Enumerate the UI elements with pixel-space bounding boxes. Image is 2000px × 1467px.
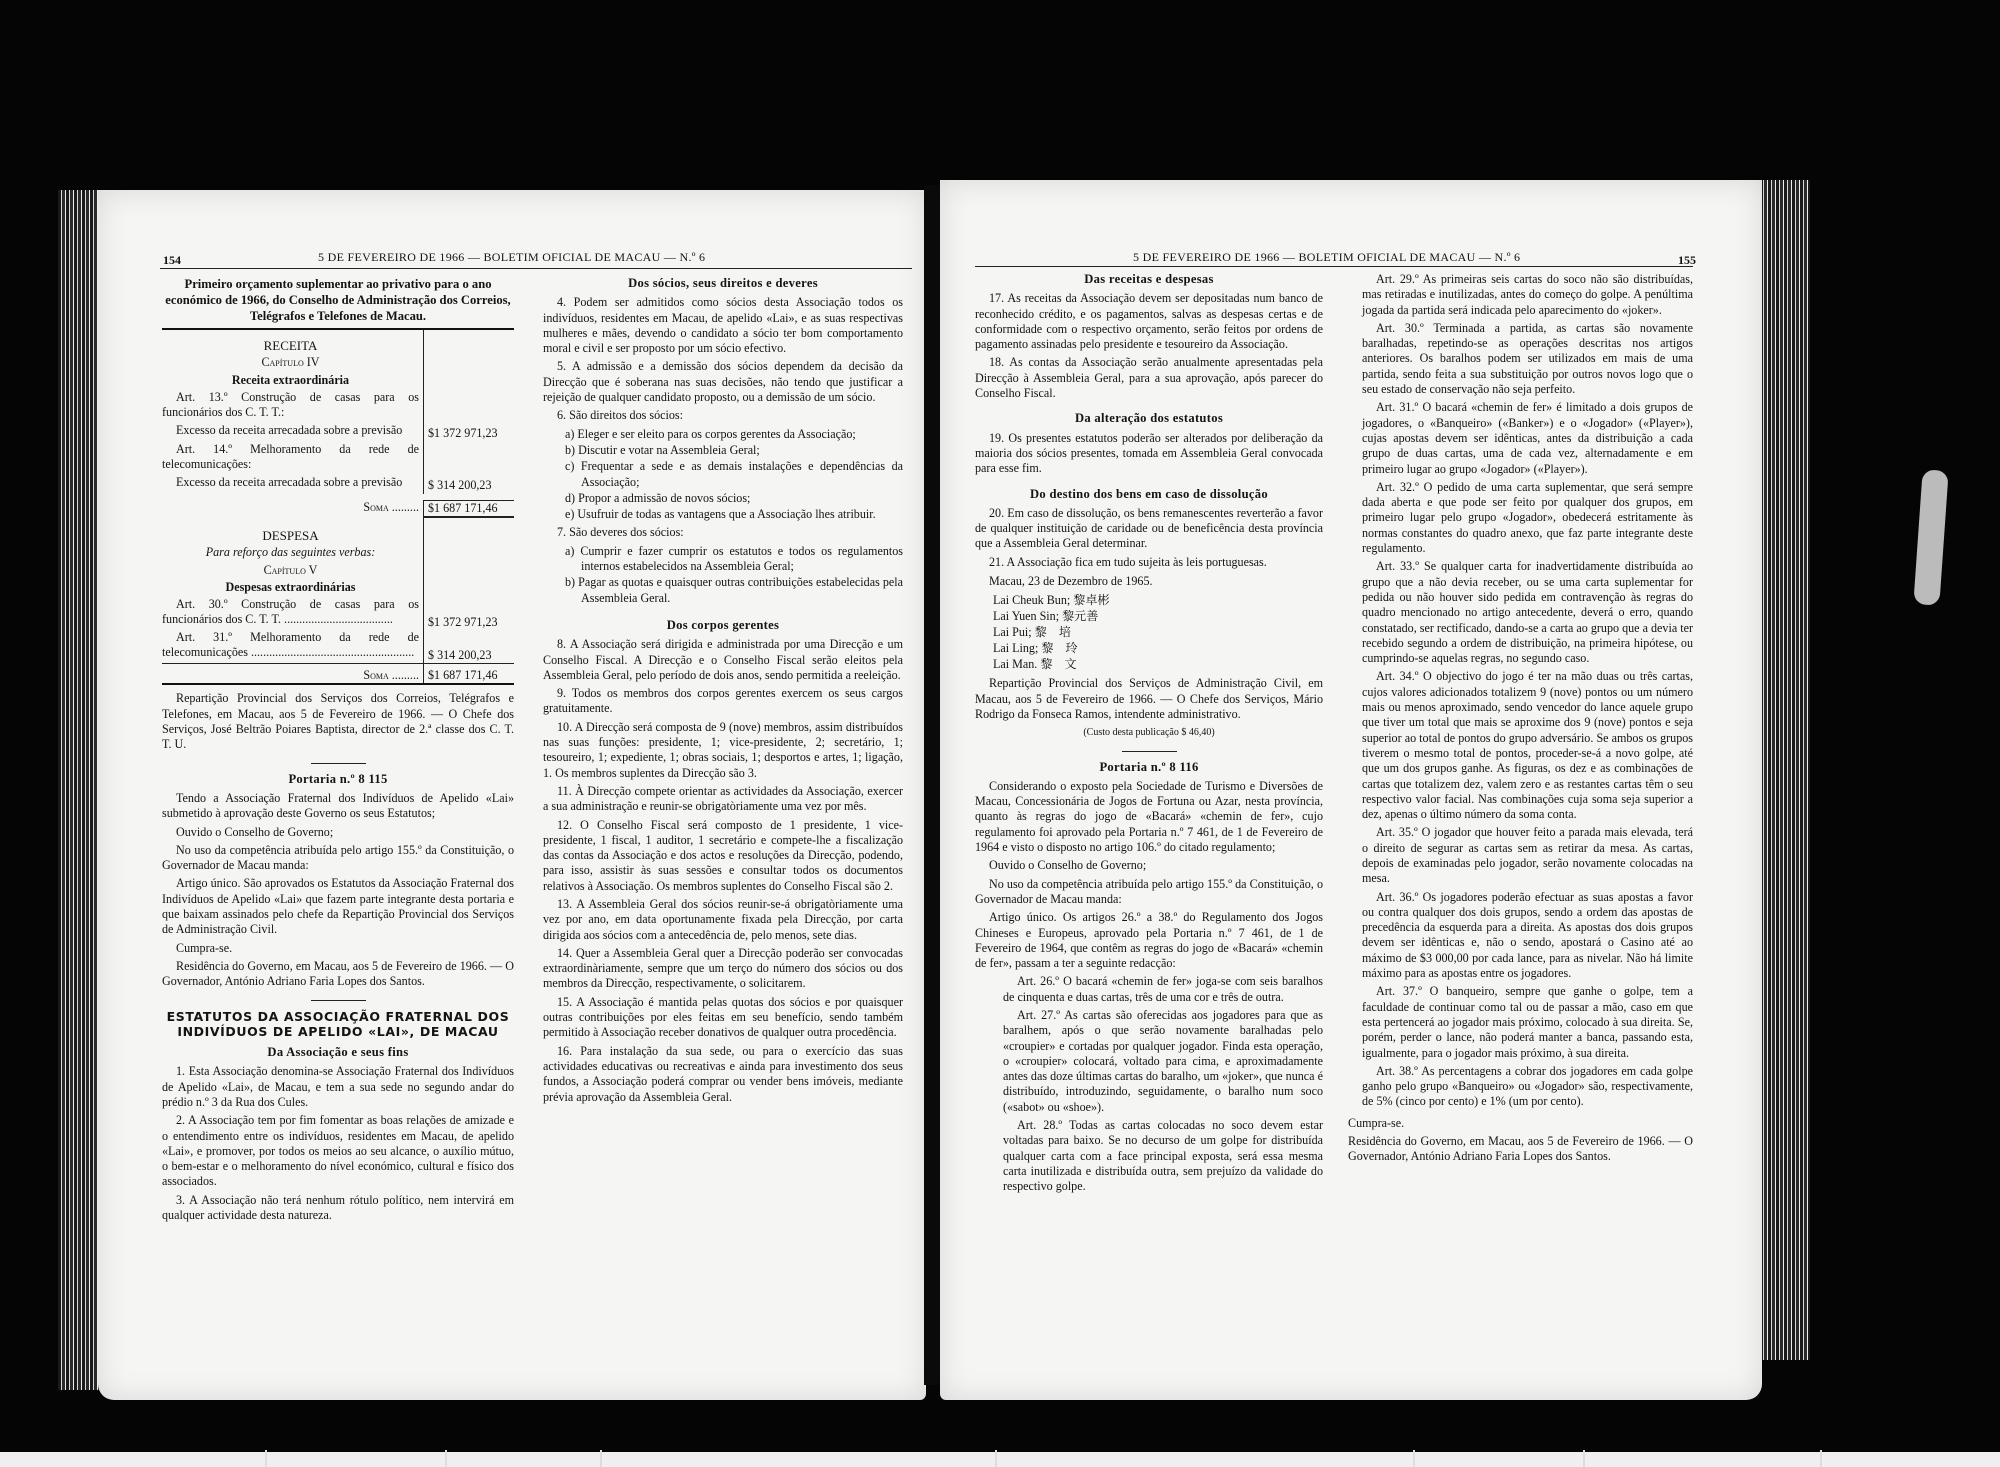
portaria-8115-paragraph: No uso da competência atribuída pelo art… [162, 843, 514, 874]
statute-paragraph: 2. A Associação tem por fim fomentar as … [162, 1113, 514, 1189]
left-column-1: Primeiro orçamento suplementar ao privat… [162, 276, 514, 1226]
ruler-tick [1583, 1450, 1585, 1467]
regulation-article: Art. 36.º Os jogadores poderão efectuar … [1348, 890, 1693, 982]
portaria-8116-title: Portaria n.º 8 116 [975, 760, 1323, 775]
portaria-8115-paragraph: Artigo único. São aprovados os Estatutos… [162, 876, 514, 937]
regulation-article: Art. 34.º O objectivo do jogo é ter na m… [1348, 669, 1693, 822]
portaria-8116-paragraph: Artigo único. Os artigos 26.º a 38.º do … [975, 910, 1323, 971]
governor-signature: Residência do Governo, em Macau, aos 5 d… [1348, 1134, 1693, 1165]
portaria-8115-paragraph: Ouvido o Conselho de Governo; [162, 825, 514, 840]
portaria-8116-paragraph: No uso da competência atribuída pelo art… [975, 877, 1323, 908]
statute-paragraph: 9. Todos os membros dos corpos gerentes … [543, 686, 903, 717]
statute-paragraph: 12. O Conselho Fiscal será composto de 1… [543, 818, 903, 894]
receita-row-amount: $1 372 971,23 [423, 423, 514, 441]
despesa-row-amount: $ 314 200,23 [423, 630, 514, 663]
statute-paragraph: 4. Podem ser admitidos como sócios desta… [543, 295, 903, 356]
ruler-tick [445, 1450, 447, 1467]
running-head-left: 5 DE FEVEREIRO DE 1966 — BOLETIM OFICIAL… [318, 250, 705, 265]
statute-paragraph: 5. A admissão e a demissão dos sócios de… [543, 359, 903, 405]
portaria-8116-paragraph: Considerando o exposto pela Sociedade de… [975, 779, 1323, 855]
section-dissolucao-title: Do destino dos bens em caso de dissoluçã… [975, 487, 1323, 502]
statute-paragraph: 10. A Direcção será composta de 9 (nove)… [543, 720, 903, 781]
scan-glare [1913, 469, 1948, 605]
signatory: Lai Yuen Sin; 黎元善 [993, 608, 1323, 624]
despesa-note: Para reforço das seguintes verbas: [162, 545, 419, 560]
regulation-article: Art. 38.º As percentagens a cobrar dos j… [1348, 1064, 1693, 1110]
statute-paragraph: 7. São deveres dos sócios: [543, 525, 903, 540]
despesa-row-label: Art. 31.º Melhoramento da rede de teleco… [162, 630, 419, 660]
receita-row-label: Excesso da receita arrecadada sobre a pr… [162, 475, 419, 490]
regulation-article: Art. 29.º As primeiras seis cartas do so… [1348, 272, 1693, 318]
rights-item: e) Usufruir de todas as vantagens que a … [557, 507, 903, 522]
receita-row-amount [423, 442, 514, 476]
signatory: Lai Man. 黎 文 [993, 656, 1323, 672]
portaria-8115-title: Portaria n.º 8 115 [162, 772, 514, 787]
portaria-8115-paragraph: Residência do Governo, em Macau, aos 5 d… [162, 959, 514, 990]
publication-cost: (Custo desta publicação $ 46,40) [975, 725, 1323, 740]
header-rule-left [160, 268, 912, 269]
receita-chapter: Capítulo IV [162, 355, 419, 370]
budget-table: RECEITA Capítulo IV Receita extraordinár… [162, 330, 514, 685]
receita-heading: RECEITA [162, 338, 419, 353]
statute-paragraph: 8. A Associação será dirigida e administ… [543, 637, 903, 683]
statute-paragraph: 1. Esta Associação denomina-se Associaçã… [162, 1064, 514, 1110]
separator [311, 1000, 366, 1001]
statute-paragraph: 11. À Direcção compete orientar as activ… [543, 784, 903, 815]
regulation-article: Art. 26.º O bacará «chemin de fer» joga-… [975, 974, 1323, 1005]
regulation-article: Art. 32.º O pedido de uma carta suplemen… [1348, 480, 1693, 556]
section-socios-title: Dos sócios, seus direitos e deveres [543, 276, 903, 291]
scan-bottom-strip [0, 1452, 2000, 1467]
statute-paragraph: 3. A Associação não terá nenhum rótulo p… [162, 1193, 514, 1224]
statute-paragraph: 21. A Associação fica em tudo sujeita às… [975, 555, 1323, 570]
book-edge-right [1760, 180, 1810, 1360]
separator [311, 763, 366, 764]
statute-paragraph: 17. As receitas da Associação devem ser … [975, 291, 1323, 352]
statute-paragraph: 19. Os presentes estatutos poderão ser a… [975, 431, 1323, 477]
statute-paragraph: 16. Para instalação da sua sede, ou para… [543, 1044, 903, 1105]
signatory: Lai Pui; 黎 培 [993, 624, 1323, 640]
portaria-8115-paragraph: Tendo a Associação Fraternal dos Indivíd… [162, 791, 514, 822]
statutes-title: ESTATUTOS DA ASSOCIAÇÃO FRATERNAL DOS IN… [162, 1009, 514, 1040]
ruler-tick [600, 1450, 602, 1467]
receita-row-label: Art. 14.º Melhoramento da rede de teleco… [162, 442, 419, 473]
receita-row-amount: $ 314 200,23 [423, 475, 514, 493]
despesa-heading: DESPESA [162, 528, 419, 543]
receita-total: $1 687 171,46 [423, 500, 514, 518]
section-corpos-title: Dos corpos gerentes [543, 618, 903, 633]
duties-item: b) Pagar as quotas e quaisquer outras co… [557, 575, 903, 606]
ruler-tick [265, 1450, 267, 1467]
despesa-row-label: Art. 30.º Construção de casas para os fu… [162, 597, 419, 627]
rights-item: c) Frequentar a sede e as demais instala… [557, 459, 903, 490]
closing-formula: Cumpra-se. [1348, 1116, 1693, 1131]
book-edge-left [58, 190, 100, 1390]
despesa-total: $1 687 171,46 [423, 664, 514, 683]
budget-title: Primeiro orçamento suplementar ao privat… [162, 276, 514, 330]
certification: Repartição Provincial dos Serviços de Ad… [975, 676, 1323, 722]
receita-row-label: Excesso da receita arrecadada sobre a pr… [162, 423, 419, 438]
statute-paragraph: 18. As contas da Associação serão anualm… [975, 355, 1323, 401]
regulation-article: Art. 28.º Todas as cartas colocadas no s… [975, 1118, 1323, 1194]
receita-total-label: Soma ......... [162, 500, 423, 518]
signatory: Lai Ling; 黎 玲 [993, 640, 1323, 656]
regulation-article: Art. 30.º Terminada a partida, as cartas… [1348, 321, 1693, 397]
duties-item: a) Cumprir e fazer cumprir os estatutos … [557, 544, 903, 575]
statute-paragraph: 13. A Assembleia Geral dos sócios reunir… [543, 897, 903, 943]
signatory: Lai Cheuk Bun; 黎卓彬 [993, 592, 1323, 608]
portaria-8116-paragraph: Ouvido o Conselho de Governo; [975, 858, 1323, 873]
left-column-2: Dos sócios, seus direitos e deveres 4. P… [543, 276, 903, 1108]
statute-paragraph: 15. A Associação é mantida pelas quotas … [543, 995, 903, 1041]
rights-item: a) Eleger e ser eleito para os corpos ge… [557, 427, 903, 442]
separator [1122, 751, 1177, 752]
ruler-tick [1820, 1450, 1822, 1467]
regulation-article: Art. 35.º O jogador que houver feito a p… [1348, 825, 1693, 886]
regulation-article: Art. 27.º As cartas são oferecidas aos j… [975, 1008, 1323, 1115]
statute-paragraph: 14. Quer a Assembleia Geral quer a Direc… [543, 946, 903, 992]
despesa-subheading: Despesas extraordinárias [162, 580, 419, 595]
section-alteracao-title: Da alteração dos estatutos [975, 411, 1323, 426]
despesa-total-label: Soma ......... [162, 664, 423, 683]
page-number-left: 154 [163, 253, 181, 268]
section-receitas-title: Das receitas e despesas [975, 272, 1323, 287]
despesa-chapter: Capítulo V [162, 563, 419, 578]
receita-row-amount [423, 390, 514, 424]
section-fins-title: Da Associação e seus fins [162, 1045, 514, 1060]
receita-row-label: Art. 13.º Construção de casas para os fu… [162, 390, 419, 421]
regulation-article: Art. 37.º O banqueiro, sempre que ganhe … [1348, 984, 1693, 1060]
receita-subheading: Receita extraordinária [162, 373, 419, 388]
regulation-article: Art. 33.º Se qualquer carta for inadvert… [1348, 559, 1693, 666]
portaria-8115-paragraph: Cumpra-se. [162, 941, 514, 956]
place-date: Macau, 23 de Dezembro de 1965. [975, 574, 1323, 589]
header-rule-right [975, 266, 1693, 267]
right-column-1: Das receitas e despesas 17. As receitas … [975, 272, 1323, 1198]
statute-paragraph: 6. São direitos dos sócios: [543, 408, 903, 423]
running-head-right: 5 DE FEVEREIRO DE 1966 — BOLETIM OFICIAL… [1133, 250, 1520, 265]
despesa-row-amount: $1 372 971,23 [423, 597, 514, 630]
rights-item: b) Discutir e votar na Assembleia Geral; [557, 443, 903, 458]
statute-paragraph: 20. Em caso de dissolução, os bens reman… [975, 506, 1323, 552]
ruler-tick [995, 1450, 997, 1467]
ruler-tick [1413, 1450, 1415, 1467]
budget-signature: Repartição Provincial dos Serviços dos C… [162, 691, 514, 752]
right-column-2: Art. 29.º As primeiras seis cartas do so… [1348, 272, 1693, 1168]
regulation-article: Art. 31.º O bacará «chemin de fer» é lim… [1348, 400, 1693, 476]
rights-item: d) Propor a admissão de novos sócios; [557, 491, 903, 506]
